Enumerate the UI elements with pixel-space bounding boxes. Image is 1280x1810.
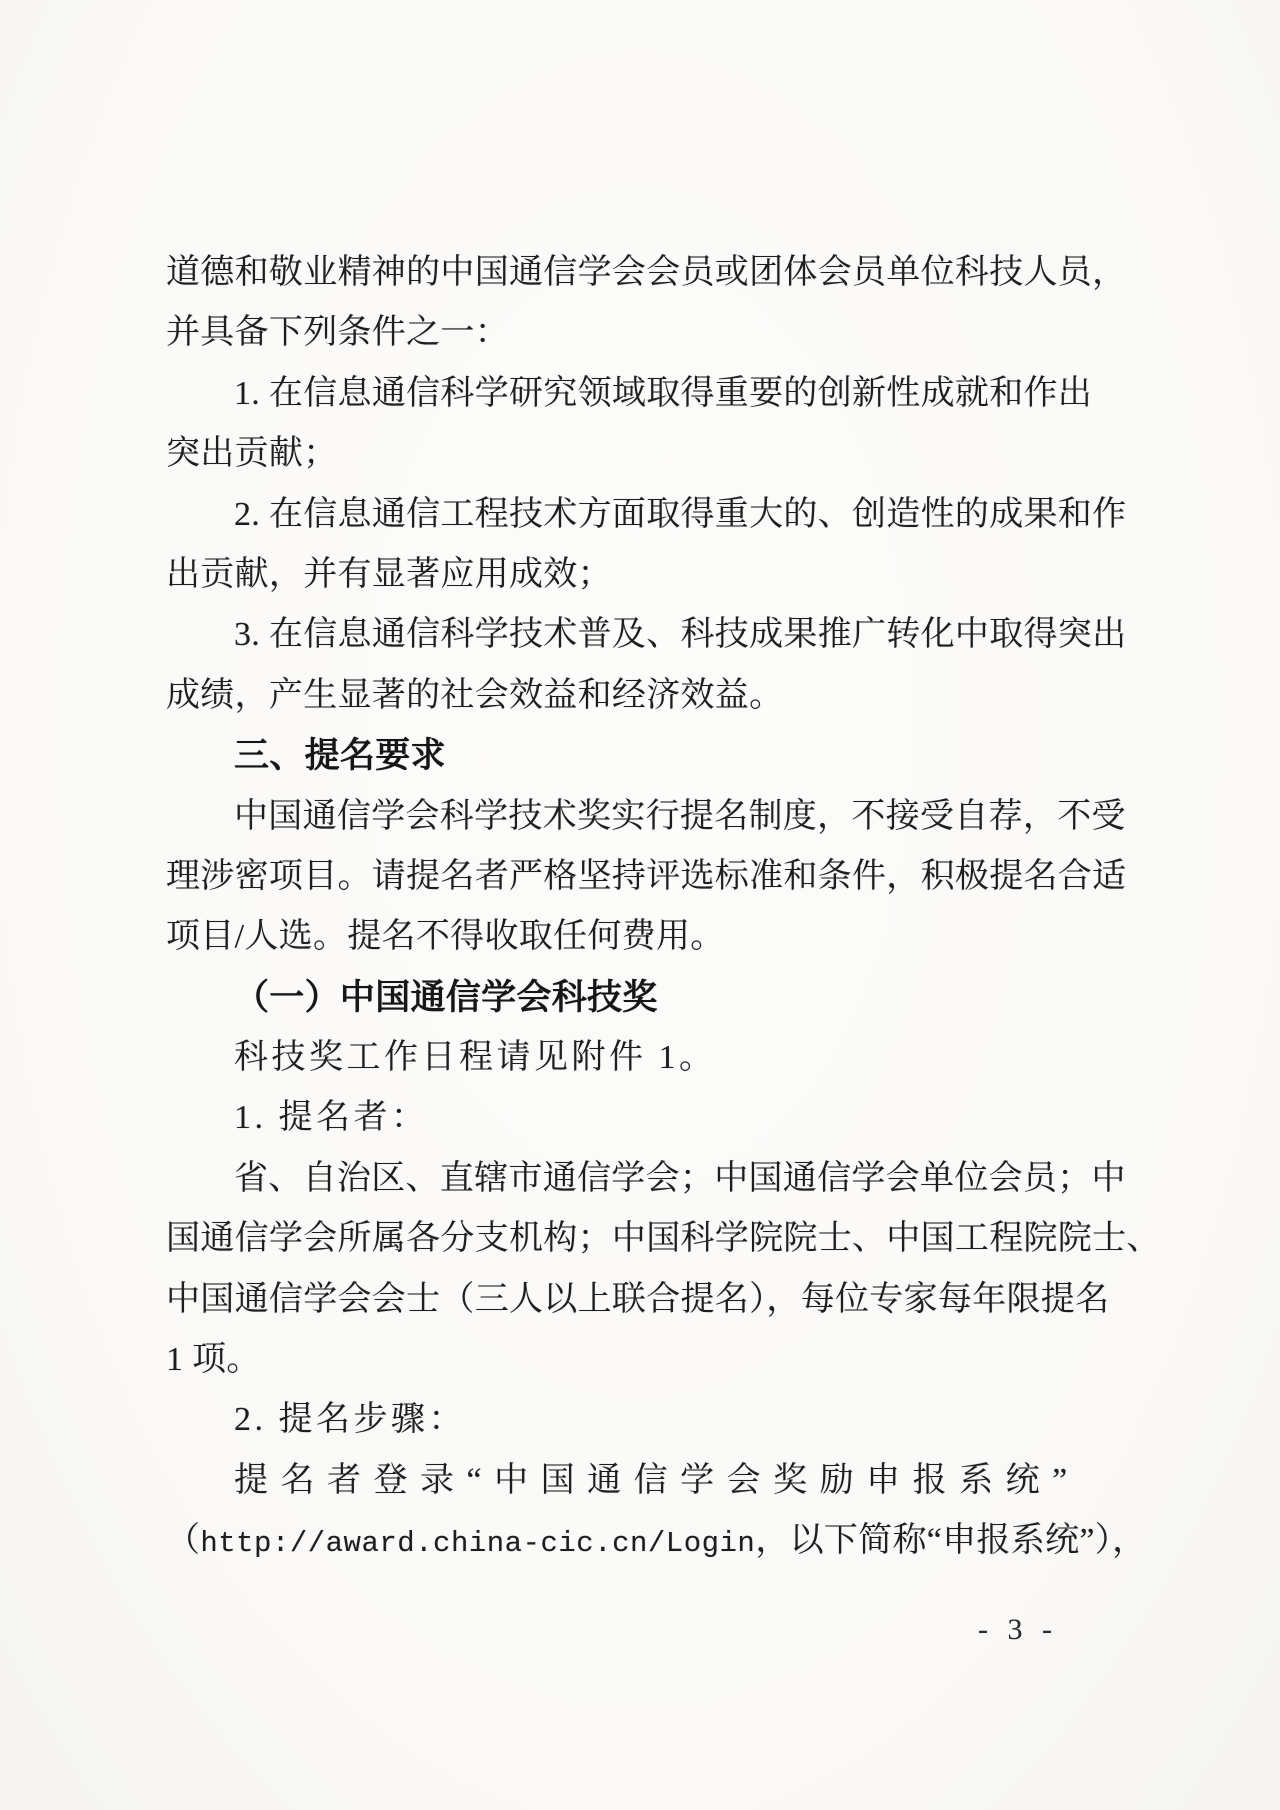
text-segment: （: [166, 1522, 200, 1559]
line-login-system: 提名者登录“中国通信学会奖励申报系统”: [166, 1451, 1126, 1511]
line-condition-1a: 1. 在信息通信科学研究领域取得重要的创新性成就和作出: [166, 364, 1126, 424]
text-segment: 道德和敬业精神的中国通信学会会员或团体会员单位科技人员，: [166, 254, 1126, 291]
line-condition-2a: 2. 在信息通信工程技术方面取得重大的、创造性的成果和作: [166, 485, 1126, 545]
text-segment: 理涉密项目。请提名者严格坚持评选标准和条件，积极提名合适: [166, 858, 1126, 895]
page-number: - 3 -: [958, 1600, 1078, 1660]
text-segment: 3. 在信息通信科学技术普及、科技成果推广转化中取得突出: [234, 616, 1126, 653]
line-nominators-4: 1 项。: [166, 1330, 1126, 1390]
text-block: 道德和敬业精神的中国通信学会会员或团体会员单位科技人员，并具备下列条件之一：1.…: [166, 243, 1126, 1572]
text-segment: 成绩，产生显著的社会效益和经济效益。: [166, 677, 783, 714]
line-condition-3a: 3. 在信息通信科学技术普及、科技成果推广转化中取得突出: [166, 605, 1126, 665]
line-condition-3b: 成绩，产生显著的社会效益和经济效益。: [166, 666, 1126, 726]
heading-section-three: 三、提名要求: [166, 726, 1126, 786]
text-segment: 1 项。: [166, 1341, 261, 1378]
text-segment: 省、自治区、直辖市通信学会；中国通信学会单位会员；中: [234, 1160, 1126, 1197]
text-segment: （一）中国通信学会科技奖: [234, 978, 658, 1017]
line-nomination-rule-1: 中国通信学会科学技术奖实行提名制度，不接受自荐，不受: [166, 787, 1126, 847]
line-steps-label: 2. 提名步骤：: [166, 1390, 1126, 1450]
text-segment: ，以下简称“申报系统”），: [755, 1522, 1146, 1559]
text-segment: 三、提名要求: [234, 736, 446, 775]
line-conditions-intro: 并具备下列条件之一：: [166, 303, 1126, 363]
text-segment: 科技奖工作日程请见附件 1。: [234, 1039, 717, 1076]
text-segment: 国通信学会所属各分支机构；中国科学院院士、中国工程院院士、: [166, 1220, 1161, 1257]
line-nominators-label: 1. 提名者：: [166, 1088, 1126, 1148]
text-segment: 突出贡献；: [166, 435, 338, 472]
text-segment: 2. 提名步骤：: [234, 1401, 466, 1438]
text-segment: 提名者登录“中国通信学会奖励申报系统”: [234, 1462, 1080, 1499]
text-segment: 1. 在信息通信科学研究领域取得重要的创新性成就和作出: [234, 375, 1092, 412]
text-segment: 中国通信学会会士（三人以上联合提名），每位专家每年限提名: [166, 1281, 1109, 1318]
line-nomination-rule-2: 理涉密项目。请提名者严格坚持评选标准和条件，积极提名合适: [166, 847, 1126, 907]
text-segment: 2. 在信息通信工程技术方面取得重大的、创造性的成果和作: [234, 496, 1126, 533]
text-segment: 1. 提名者：: [234, 1099, 429, 1136]
line-system-url: （http://award.china-cic.cn/Login，以下简称“申报…: [166, 1511, 1126, 1571]
line-schedule: 科技奖工作日程请见附件 1。: [166, 1028, 1126, 1088]
text-segment: 并具备下列条件之一：: [166, 314, 509, 351]
line-nominators-1: 省、自治区、直辖市通信学会；中国通信学会单位会员；中: [166, 1149, 1126, 1209]
line-nominators-3: 中国通信学会会士（三人以上联合提名），每位专家每年限提名: [166, 1270, 1126, 1330]
document-page: 道德和敬业精神的中国通信学会会员或团体会员单位科技人员，并具备下列条件之一：1.…: [0, 0, 1280, 1810]
line-condition-2b: 出贡献，并有显著应用成效；: [166, 545, 1126, 605]
text-segment: 项目/人选。提名不得收取任何费用。: [166, 918, 725, 955]
line-condition-1b: 突出贡献；: [166, 424, 1126, 484]
line-nomination-rule-3: 项目/人选。提名不得收取任何费用。: [166, 907, 1126, 967]
url-text: http://award.china-cic.cn/Login: [200, 1527, 755, 1560]
heading-subsection-one: （一）中国通信学会科技奖: [166, 968, 1126, 1028]
text-segment: 出贡献，并有显著应用成效；: [166, 556, 612, 593]
text-segment: 中国通信学会科学技术奖实行提名制度，不接受自荐，不受: [234, 798, 1126, 835]
line-nominators-2: 国通信学会所属各分支机构；中国科学院院士、中国工程院院士、: [166, 1209, 1126, 1269]
line-eligibility-cont: 道德和敬业精神的中国通信学会会员或团体会员单位科技人员，: [166, 243, 1126, 303]
